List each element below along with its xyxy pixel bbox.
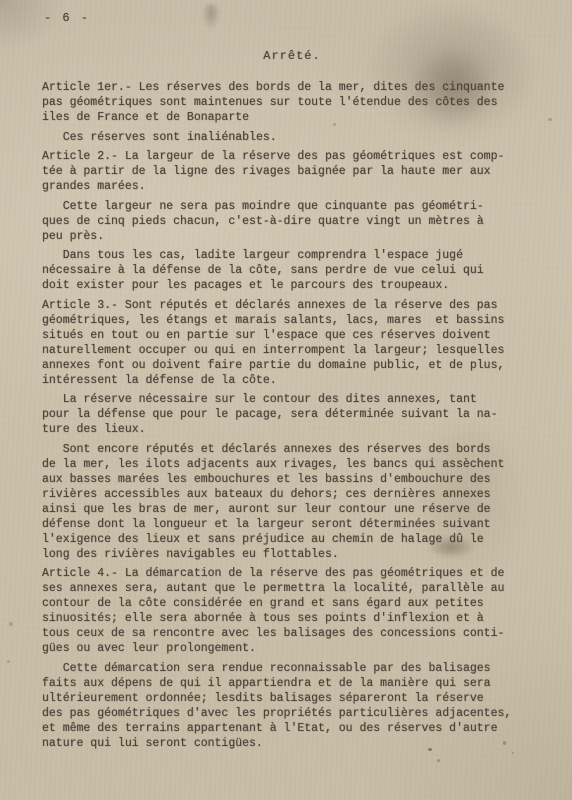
article-1-paragraph: Article 1er.- Les réserves des bords de … (42, 80, 550, 125)
article-4-paragraph: Article 4.- La démarcation de la réserve… (42, 566, 550, 656)
inalienables-note-paragraph: Ces réserves sont inaliénables. (42, 130, 550, 145)
largeur-minimale-paragraph: Cette largeur ne sera pas moindre que ci… (42, 199, 550, 244)
paper-speck (437, 759, 440, 762)
document-title: Arrêté. (42, 49, 542, 63)
page-number: - 6 - (44, 11, 90, 25)
demarcation-balisages-paragraph: Cette démarcation sera rendue reconnaiss… (42, 661, 550, 751)
annexes-supplementaires-paragraph: Sont encore réputés et déclarés annexes … (42, 442, 550, 562)
document-body: Article 1er.- Les réserves des bords de … (42, 80, 550, 755)
reserve-contour-paragraph: La réserve nécessaire sur le contour des… (42, 392, 550, 437)
article-2-paragraph: Article 2.- La largeur de la réserve des… (42, 149, 550, 194)
scanned-document-page: - 6 - Arrêté. Article 1er.- Les réserves… (0, 0, 572, 800)
paper-speck (7, 660, 10, 663)
pencil-mark (200, 4, 222, 34)
defense-cote-paragraph: Dans tous les cas, ladite largeur compre… (42, 248, 550, 293)
paper-speck (9, 622, 13, 626)
article-3-paragraph: Article 3.- Sont réputés et déclarés ann… (42, 298, 550, 388)
